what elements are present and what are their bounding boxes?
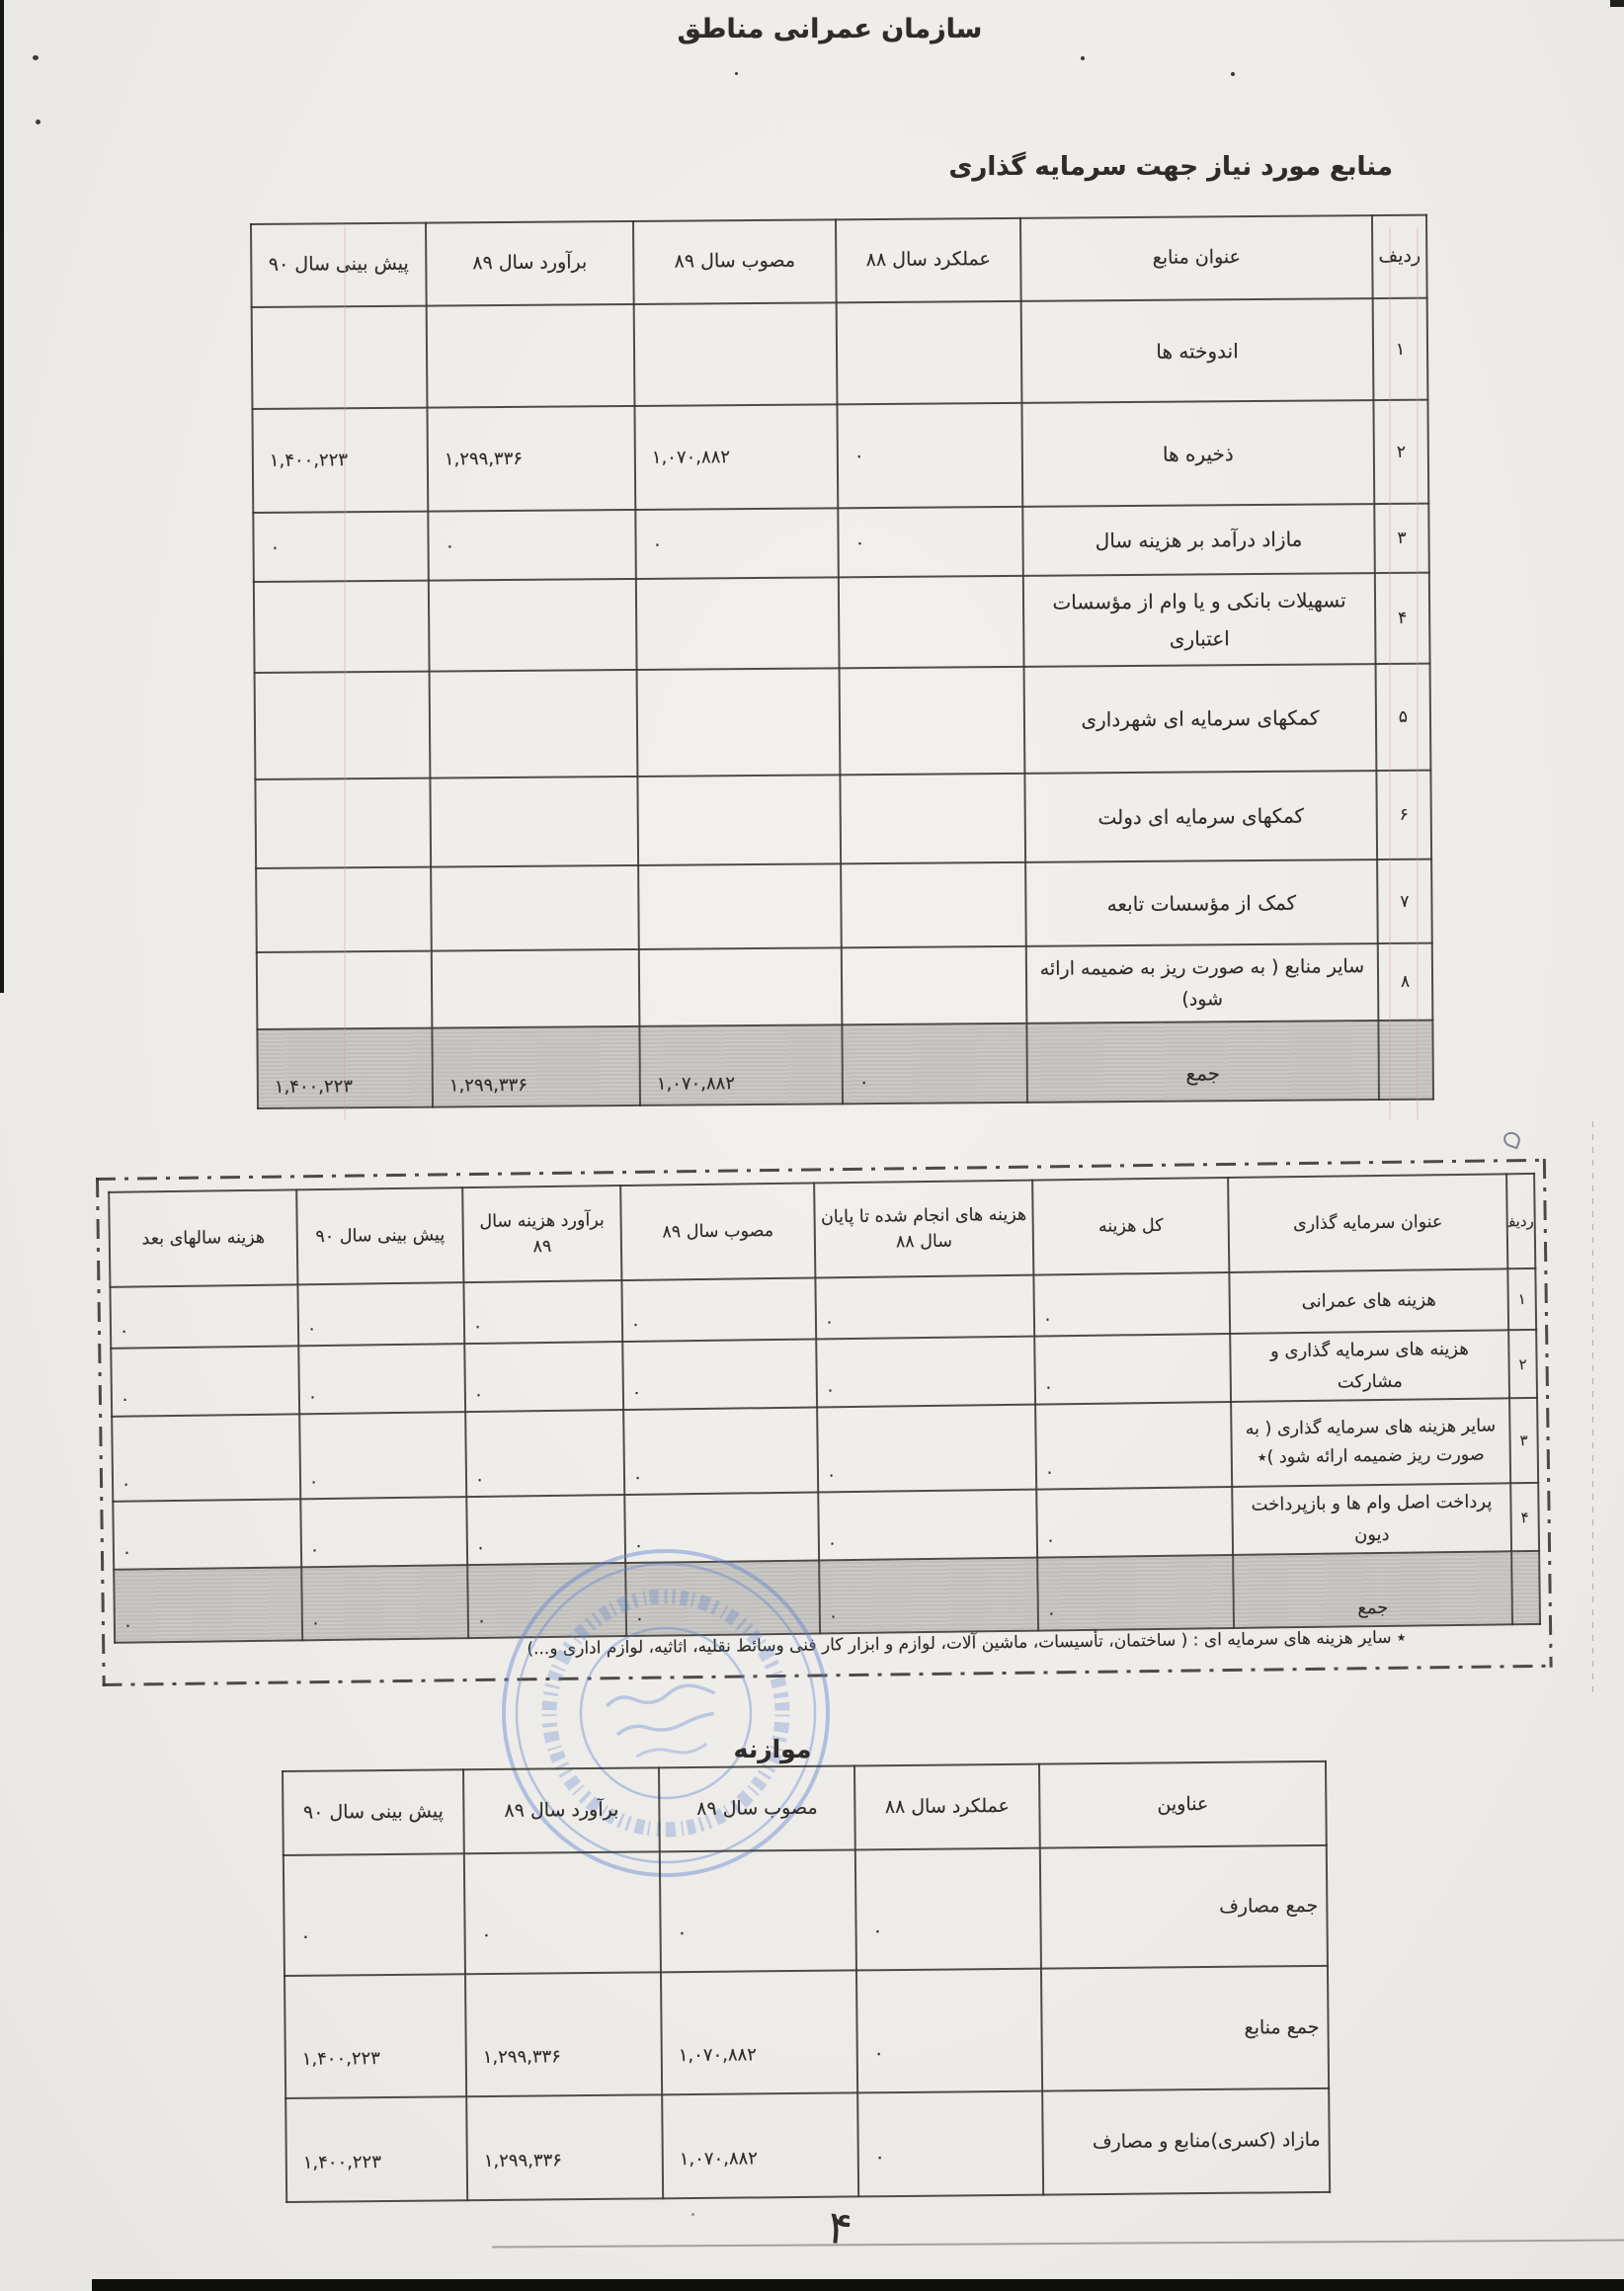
value-cell: ۰ xyxy=(819,1558,1038,1634)
value-cell xyxy=(637,775,841,865)
value-cell xyxy=(841,862,1026,947)
row-number: ۴ xyxy=(1510,1483,1539,1551)
row-label: تسهیلات بانکی و یا وام از مؤسسات اعتباری xyxy=(1023,573,1376,667)
column-header: عناوین xyxy=(1039,1761,1327,1848)
value-cell: ۰ xyxy=(660,1849,856,1972)
value-cell: ۰ xyxy=(842,1023,1027,1104)
row-number xyxy=(1511,1551,1540,1624)
value-cell: ۰ xyxy=(855,1848,1041,1971)
table-header-row: عناوین عملکرد سال ۸۸ مصوب سال ۸۹ برآورد … xyxy=(283,1761,1327,1855)
table-row: جمع منابع ۰ ۱,۰۷۰,۸۸۲ ۱,۲۹۹,۳۳۶ ۱,۴۰۰,۲۲… xyxy=(284,1966,1329,2098)
page-number: ۴ xyxy=(825,2200,855,2256)
row-number: ۷ xyxy=(1377,859,1432,943)
row-label: کمکهای سرمایه ای شهرداری xyxy=(1024,664,1377,774)
investment-table: ردیف عنوان سرمایه گذاری کل هزینه هزینه ه… xyxy=(108,1173,1541,1644)
value-cell: ۱,۰۷۰,۸۸۲ xyxy=(661,1970,857,2094)
value-cell: ۰ xyxy=(623,1407,818,1495)
table-row: مازاد (کسری)منابع و مصارف ۰ ۱,۰۷۰,۸۸۲ ۱,… xyxy=(285,2088,1330,2202)
value-cell: ۰ xyxy=(621,1277,816,1342)
page-fold-line xyxy=(1592,1121,1593,1694)
balance-table-wrapper: عناوین عملکرد سال ۸۸ مصوب سال ۸۹ برآورد … xyxy=(282,1760,1329,2203)
value-cell: ۰ xyxy=(114,1567,302,1642)
column-header: عنوان منابع xyxy=(1020,215,1373,301)
value-cell: ۱,۴۰۰,۲۲۳ xyxy=(284,1974,466,2098)
value-cell xyxy=(840,774,1025,863)
row-label: هزینه های سرمایه گذاری و مشارکت xyxy=(1230,1330,1509,1402)
value-cell: ۰ xyxy=(464,1851,661,1974)
row-label: هزینه های عمرانی xyxy=(1229,1268,1508,1334)
column-header: برآورد هزینه سال ۸۹ xyxy=(462,1186,621,1282)
column-header: ردیف xyxy=(1506,1174,1535,1268)
total-row: جمع ۰ ۱,۰۷۰,۸۸۲ ۱,۲۹۹,۳۳۶ ۱,۴۰۰,۲۲۳ xyxy=(257,1021,1433,1108)
pink-ledger-line xyxy=(1417,227,1419,1119)
value-cell: ۰ xyxy=(1035,1402,1232,1490)
value-cell: ۰ xyxy=(837,403,1022,508)
row-number: ۵ xyxy=(1376,664,1431,771)
row-number: ۳ xyxy=(1374,504,1429,573)
value-cell: ۰ xyxy=(112,1414,300,1501)
table-header-row: ردیف عنوان سرمایه گذاری کل هزینه هزینه ه… xyxy=(109,1174,1535,1287)
column-header: پیش بینی سال ۹۰ xyxy=(296,1187,463,1284)
row-number: ۲ xyxy=(1373,400,1428,504)
value-cell: ۰ xyxy=(857,2091,1043,2197)
document-title: سازمان عمرانی مناطق xyxy=(678,14,983,44)
value-cell: ۰ xyxy=(1037,1555,1234,1631)
ink-speck xyxy=(36,120,41,124)
column-header: عملکرد سال ۸۸ xyxy=(836,218,1021,302)
value-cell xyxy=(254,581,430,673)
pink-ledger-line xyxy=(344,227,346,1119)
row-number xyxy=(1378,1021,1433,1100)
row-number: ۳ xyxy=(1509,1398,1538,1483)
value-cell xyxy=(636,577,840,670)
table-header-row: ردیف عنوان منابع عملکرد سال ۸۸ مصوب سال … xyxy=(251,215,1427,307)
value-cell: ۰ xyxy=(1036,1487,1233,1558)
value-cell xyxy=(840,667,1025,775)
row-label: کمک از مؤسسات تابعه xyxy=(1025,859,1378,946)
value-cell xyxy=(431,865,639,951)
value-cell: ۰ xyxy=(300,1497,467,1567)
value-cell: ۰ xyxy=(465,1410,624,1497)
value-cell xyxy=(639,947,843,1026)
scanned-budget-document: { "page": { "org_title": "سازمان عمرانی … xyxy=(0,0,1624,2291)
row-number: ۱ xyxy=(1373,298,1428,400)
ink-speck xyxy=(691,2213,694,2216)
scan-edge-left xyxy=(0,0,4,993)
faint-rule-line xyxy=(492,2239,1624,2248)
value-cell xyxy=(430,670,638,778)
row-number: ۴ xyxy=(1375,573,1430,664)
value-cell: ۱,۲۹۹,۳۳۶ xyxy=(427,406,635,512)
value-cell: ۰ xyxy=(816,1337,1035,1408)
value-cell: ۰ xyxy=(463,1280,622,1344)
value-cell: ۰ xyxy=(838,507,1023,577)
value-cell xyxy=(634,302,838,406)
column-header: برآورد سال ۸۹ xyxy=(463,1767,660,1853)
row-number: ۱ xyxy=(1507,1268,1536,1330)
value-cell: ۰ xyxy=(856,1969,1042,2093)
column-header: پیش بینی سال ۹۰ xyxy=(283,1769,464,1855)
row-number: ۶ xyxy=(1376,771,1431,859)
table-row: ۱ اندوخته ها xyxy=(252,298,1428,409)
value-cell xyxy=(839,576,1024,668)
value-cell: ۰ xyxy=(817,1405,1036,1493)
column-header: هزینه سالهای بعد xyxy=(109,1189,297,1286)
value-cell: ۰ xyxy=(635,508,839,579)
row-label: ذخیره ها xyxy=(1021,400,1374,507)
value-cell: ۰ xyxy=(297,1282,464,1346)
column-header: ردیف xyxy=(1372,215,1427,298)
value-cell: ۰ xyxy=(253,512,429,582)
table-row: ۲ ذخیره ها ۰ ۱,۰۷۰,۸۸۲ ۱,۲۹۹,۳۳۶ ۱,۴۰۰,۲… xyxy=(252,400,1428,513)
table-row: ۳ مازاد درآمد بر هزینه سال ۰ ۰ ۰ ۰ xyxy=(253,504,1429,582)
column-header: مصوب سال ۸۹ xyxy=(620,1183,815,1280)
ink-speck xyxy=(33,55,39,60)
section1-title: منابع مورد نیاز جهت سرمایه گذاری xyxy=(949,152,1393,182)
value-cell xyxy=(638,863,842,949)
value-cell xyxy=(432,949,640,1028)
row-label: مازاد (کسری)منابع و مصارف xyxy=(1042,2088,1330,2195)
value-cell: ۰ xyxy=(1034,1334,1231,1405)
column-header: عملکرد سال ۸۸ xyxy=(854,1764,1040,1850)
value-cell: ۰ xyxy=(284,1853,465,1976)
ink-speck xyxy=(1081,56,1085,60)
value-cell: ۰ xyxy=(301,1565,468,1640)
value-cell: ۰ xyxy=(815,1275,1034,1340)
value-cell: ۰ xyxy=(298,1344,465,1414)
column-header: مصوب سال ۸۹ xyxy=(659,1765,855,1851)
column-header: عنوان سرمایه گذاری xyxy=(1228,1174,1507,1272)
value-cell: ۱,۰۷۰,۸۸۲ xyxy=(634,404,838,510)
value-cell xyxy=(842,946,1027,1024)
resources-table: ردیف عنوان منابع عملکرد سال ۸۸ مصوب سال … xyxy=(250,214,1434,1109)
row-label: پرداخت اصل وام ها و بازپرداخت دیون xyxy=(1232,1483,1511,1555)
value-cell: ۱,۲۹۹,۳۳۶ xyxy=(466,2094,663,2200)
value-cell: ۰ xyxy=(428,510,636,581)
value-cell: ۱,۰۷۰,۸۸۲ xyxy=(662,2092,858,2198)
value-cell: ۰ xyxy=(1033,1272,1230,1337)
table-row: ۸ سایر منابع ( به صورت ریز به ضمیمه ارائ… xyxy=(257,943,1433,1029)
ink-speck xyxy=(1231,72,1235,76)
balance-title: موازنه xyxy=(734,1735,812,1763)
pink-ledger-line xyxy=(1389,227,1391,1119)
value-cell xyxy=(837,301,1022,404)
row-label: اندوخته ها xyxy=(1021,298,1374,403)
table-row: ۶ کمکهای سرمایه ای دولت xyxy=(255,771,1431,868)
row-label: جمع منابع xyxy=(1041,1966,1329,2091)
value-cell: ۰ xyxy=(110,1284,298,1348)
table-row: جمع مصارف ۰ ۰ ۰ ۰ xyxy=(284,1845,1328,1976)
investment-table-wrapper: ردیف عنوان سرمایه گذاری کل هزینه هزینه ه… xyxy=(108,1173,1541,1644)
pen-mark xyxy=(1502,1130,1522,1150)
dashed-border-right xyxy=(1543,1159,1553,1668)
value-cell: ۰ xyxy=(464,1342,623,1412)
row-number: ۸ xyxy=(1378,943,1433,1021)
value-cell: ۰ xyxy=(299,1412,466,1499)
value-cell xyxy=(427,304,635,408)
column-header: مصوب سال ۸۹ xyxy=(633,219,837,304)
value-cell xyxy=(429,579,637,672)
value-cell: ۱,۴۰۰,۲۲۳ xyxy=(252,408,428,513)
value-cell xyxy=(637,668,841,777)
dashed-border-left xyxy=(96,1178,106,1686)
row-label: سایر هزینه های سرمایه گذاری ( به صورت ری… xyxy=(1231,1398,1510,1487)
value-cell xyxy=(430,777,638,867)
column-header: هزینه های انجام شده تا پایان سال ۸۸ xyxy=(814,1181,1033,1278)
column-header: پیش بینی سال ۹۰ xyxy=(251,223,427,307)
value-cell: ۰ xyxy=(111,1346,299,1416)
table-row: ۷ کمک از مؤسسات تابعه xyxy=(256,859,1432,952)
value-cell xyxy=(252,306,428,409)
value-cell: ۰ xyxy=(818,1490,1037,1561)
value-cell xyxy=(255,672,431,779)
row-label: جمع مصارف xyxy=(1040,1845,1328,1969)
row-label: مازاد درآمد بر هزینه سال xyxy=(1022,504,1375,576)
table-row: ۵ کمکهای سرمایه ای شهرداری xyxy=(255,664,1431,779)
row-label: سایر منابع ( به صورت ریز به ضمیمه ارائه … xyxy=(1026,943,1379,1023)
value-cell: ۱,۰۷۰,۸۸۲ xyxy=(639,1024,843,1105)
row-number: ۲ xyxy=(1508,1330,1537,1398)
value-cell: ۱,۲۹۹,۳۳۶ xyxy=(465,1972,662,2096)
ink-speck xyxy=(735,72,738,75)
row-label: کمکهای سرمایه ای دولت xyxy=(1024,771,1377,862)
value-cell: ۰ xyxy=(622,1339,817,1410)
value-cell: ۰ xyxy=(113,1499,301,1569)
resources-table-wrapper: ردیف عنوان منابع عملکرد سال ۸۸ مصوب سال … xyxy=(250,214,1432,1109)
scan-corner-mark xyxy=(1610,0,1624,7)
column-header: کل هزینه xyxy=(1032,1178,1229,1275)
value-cell: ۱,۴۰۰,۲۲۳ xyxy=(285,2096,467,2202)
total-label: جمع xyxy=(1233,1551,1512,1628)
total-label: جمع xyxy=(1026,1021,1379,1103)
scan-edge-bottom xyxy=(92,2279,1624,2291)
value-cell: ۱,۲۹۹,۳۳۶ xyxy=(432,1026,640,1107)
column-header: برآورد سال ۸۹ xyxy=(426,221,634,306)
table-row: ۴ تسهیلات بانکی و یا وام از مؤسسات اعتبا… xyxy=(254,573,1430,673)
balance-table: عناوین عملکرد سال ۸۸ مصوب سال ۸۹ برآورد … xyxy=(282,1760,1331,2203)
